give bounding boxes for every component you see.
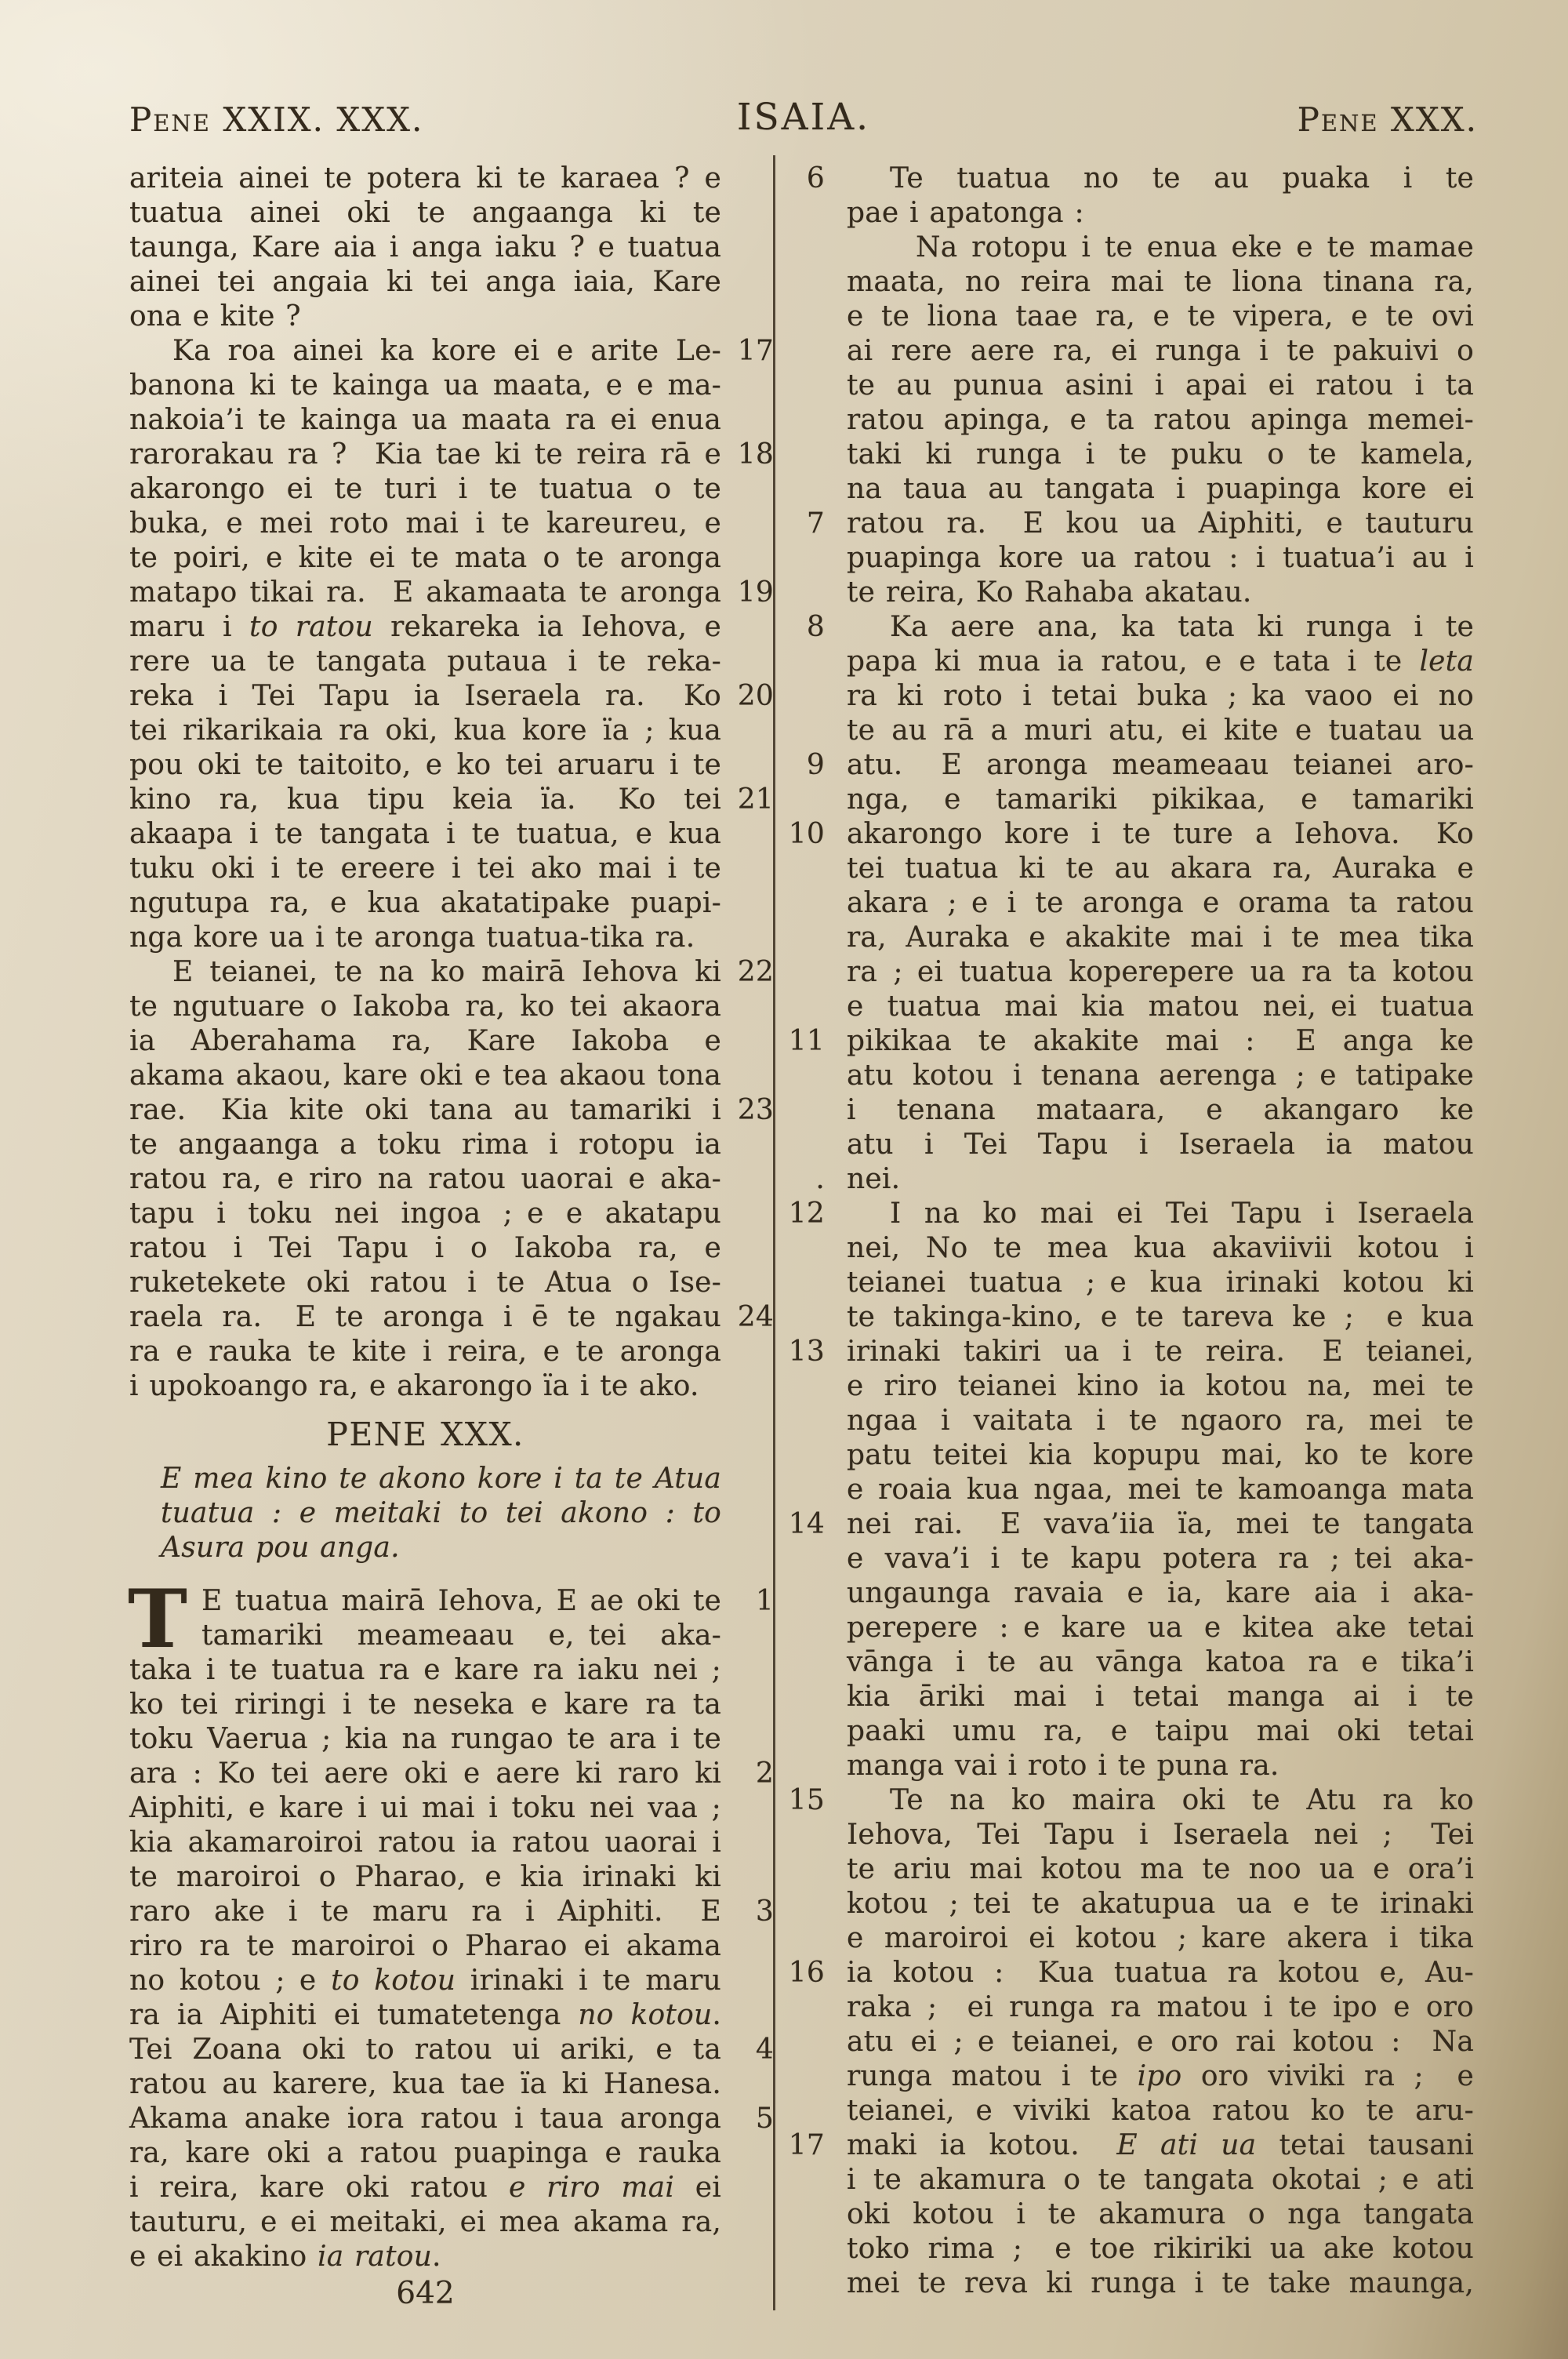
text-line: e maroiroi ei kotou ; kare akera i tika (847, 1921, 1474, 1956)
verse-number: 12 (776, 1197, 825, 1231)
text-line: riro ra te maroiroi o Pharao ei akama (129, 1929, 721, 1964)
text-line: 21kino ra, kua tipu keia ïa. Ko tei (129, 783, 721, 817)
text-line: ra ki roto i tetai buka ; ka vaoo ei no (847, 679, 1474, 714)
text-line: ra, Auraka e akakite mai i te mea tika (847, 921, 1474, 955)
text-line: tauturu, e ei meitaki, ei mea akama ra, (129, 2205, 721, 2240)
text-line: teianei, e viviki katoa ratou ko te aru- (847, 2094, 1474, 2128)
page-number: 642 (129, 2276, 721, 2311)
text-line: ngaa i vaitata i te ngaoro ra, mei te (847, 1404, 1474, 1438)
verse-number: 22 (728, 955, 774, 990)
text-line: 20reka i Tei Tapu ia Iseraela ra. Ko (129, 679, 721, 714)
verse-number: 8 (776, 610, 825, 645)
text-line: tuku oki i te ereere i tei ako mai i te (129, 852, 721, 886)
text-line: mei te reva ki runga i te take maunga, (847, 2266, 1474, 2301)
text-line: 16ia kotou : Kua tuatua ra kotou e, Au- (847, 1956, 1474, 1990)
verse-number: 1 (728, 1584, 774, 1619)
running-header: Pene XXIX. XXX. ISAIA. Pene XXX. (129, 96, 1478, 143)
text-line: ra ia Aiphiti ei tumatetenga no kotou. (129, 1998, 721, 2033)
text-line: banona ki te kainga ua maata, e e ma- (129, 369, 721, 403)
text-line: i te akamura o te tangata okotai ; e ati (847, 2163, 1474, 2197)
text-line: 1E tuatua mairā Iehova, E ae oki te (129, 1584, 721, 1619)
verse-number: 4 (728, 2033, 774, 2067)
text-line: 19matapo tikai ra. E akamaata te aronga (129, 576, 721, 610)
verse-number: 19 (728, 576, 774, 610)
chapter-heading: PENE XXX. (129, 1416, 721, 1452)
text-line: ra, kare oki a ratou puapinga e rauka (129, 2136, 721, 2171)
text-line: 4Tei Zoana oki to ratou ui ariki, e ta (129, 2033, 721, 2067)
text-line: 17Ka roa ainei ka kore ei e arite Le- (129, 334, 721, 369)
verse-number: 3 (728, 1895, 774, 1929)
verse-number: 15 (776, 1783, 825, 1818)
text-line: pou oki te taitoito, e ko tei aruaru i t… (129, 748, 721, 783)
text-line: 7ratou ra. E kou ua Aiphiti, e tauturu (847, 507, 1474, 541)
text-line: .nei. (847, 1162, 1474, 1197)
text-line: ratou i Tei Tapu i o Iakoba ra, e (129, 1231, 721, 1266)
text-line: ra e rauka te kite i reira, e te aronga (129, 1335, 721, 1369)
text-line: maru i to ratou rekareka ia Iehova, e (129, 610, 721, 645)
text-line: ia Aberahama ra, Kare Iakoba e (129, 1024, 721, 1059)
text-line: atu kotou i tenana aerenga ; e tatipake (847, 1059, 1474, 1093)
text-line: e ei akakino ia ratou. (129, 2240, 721, 2274)
text-line: 12I na ko mai ei Tei Tapu i Iseraela (847, 1197, 1474, 1231)
text-line: 24raela ra. E te aronga i ē te ngakau (129, 1300, 721, 1335)
text-line: kia āriki mai i tetai manga ai i te (847, 1680, 1474, 1714)
text-line: te au punua asini i apai ei ratou i ta (847, 369, 1474, 403)
verse-number: 18 (728, 438, 774, 472)
column-divider-rule (773, 155, 775, 2310)
text-line: 11pikikaa te akakite mai : E anga ke (847, 1024, 1474, 1059)
verse-number: 16 (776, 1956, 825, 1990)
verse-number: 7 (776, 507, 825, 541)
verse-number: 2 (728, 1757, 774, 1791)
verse-number: 17 (728, 334, 774, 369)
text-line: te maroiroi o Pharao, e kia irinaki ki (129, 1860, 721, 1895)
verse-number: 24 (728, 1300, 774, 1335)
text-line: ratou apinga, e ta ratou apinga memei- (847, 403, 1474, 438)
text-line: 5Akama anake iora ratou i taua aronga (129, 2102, 721, 2136)
text-line: te ngutuare o Iakoba ra, ko tei akaora (129, 990, 721, 1024)
text-line: Iehova, Tei Tapu i Iseraela nei ; Tei (847, 1818, 1474, 1852)
verse-number: 21 (728, 783, 774, 817)
left-column-chapter-opening: T 1E tuatua mairā Iehova, E ae oki tetam… (129, 1584, 721, 2274)
text-line: tapu i toku nei ingoa ; e e akatapu (129, 1197, 721, 1231)
text-line: puapinga kore ua ratou : i tuatua’i au i (847, 541, 1474, 576)
text-line: 9atu. E aronga meameaau teianei aro- (847, 748, 1474, 783)
text-line: ngutupa ra, e kua akatatipake puapi- (129, 886, 721, 921)
text-line: patu teitei kia kopupu mai, ko te kore (847, 1438, 1474, 1473)
text-line: ko tei riringi i te neseka e kare ra ta (129, 1688, 721, 1722)
text-line: i tenana mataara, e akangaro ke (847, 1093, 1474, 1128)
text-line: tei rikarikaia ra oki, kua kore ïa ; kua (129, 714, 721, 748)
text-line: ratou ra, e riro na ratou uaorai e aka- (129, 1162, 721, 1197)
text-line: teianei tuatua ; e kua irinaki kotou ki (847, 1266, 1474, 1300)
text-line: e tuatua mai kia matou nei, ei tuatua (847, 990, 1474, 1024)
verse-number: 13 (776, 1335, 825, 1369)
text-line: Asura pou anga. (129, 1531, 721, 1565)
text-line: 15Te na ko maira oki te Atu ra ko (847, 1783, 1474, 1818)
text-line: atu ei ; e teianei, e oro rai kotou : Na (847, 2025, 1474, 2059)
text-line: no kotou ; e to kotou irinaki i te maru (129, 1964, 721, 1998)
header-book-title: ISAIA. (129, 96, 1478, 139)
verse-number: 17 (776, 2128, 825, 2163)
text-line: ra ; ei tuatua koperepere ua ra ta kotou (847, 955, 1474, 990)
text-line: i reira, kare oki ratou e riro mai ei (129, 2171, 721, 2205)
text-line: 22E teianei, te na ko mairā Iehova ki (129, 955, 721, 990)
text-line: oki kotou i te akamura o nga tangata (847, 2197, 1474, 2232)
text-line: nakoia’i te kainga ua maata ra ei enua (129, 403, 721, 438)
text-line: 14nei rai. E vava’iia ïa, mei te tangata (847, 1507, 1474, 1542)
text-line: taunga, Kare aia i anga iaku ? e tuatua (129, 231, 721, 265)
text-line: kia akamaroiroi ratou ia ratou uaorai i (129, 1826, 721, 1860)
verse-number: . (776, 1162, 825, 1197)
text-line: kotou ; tei te akatupua ua e te irinaki (847, 1887, 1474, 1921)
verse-number: 14 (776, 1507, 825, 1542)
text-line: te angaanga a toku rima i rotopu ia (129, 1128, 721, 1162)
text-line: te au rā a muri atu, ei kite e tuatau ua (847, 714, 1474, 748)
text-line: te ariu mai kotou ma te noo ua e ora’i (847, 1852, 1474, 1887)
text-line: runga matou i te ipo oro viviki ra ; e (847, 2059, 1474, 2094)
text-line: 18rarorakau ra ? Kia tae ki te reira rā … (129, 438, 721, 472)
text-line: 10akarongo kore i te ture a Iehova. Ko (847, 817, 1474, 852)
text-line: akarongo ei te turi i te tuatua o te (129, 472, 721, 507)
verse-number: 11 (776, 1024, 825, 1059)
text-line: 13irinaki takiri ua i te reira. E teiane… (847, 1335, 1474, 1369)
text-line: tuatua : e meitaki to tei akono : to (129, 1496, 721, 1531)
scanned-book-page: Pene XXIX. XXX. ISAIA. Pene XXX. ariteia… (0, 0, 1568, 2359)
right-column: 6Te tuatua no te au puaka i tepae i apat… (847, 162, 1474, 2301)
text-line: maata, no reira mai te liona tinana ra, (847, 265, 1474, 300)
text-line: akaapa i te tangata i te tuatua, e kua (129, 817, 721, 852)
text-line: ona e kite ? (129, 300, 721, 334)
text-line: ai rere aere ra, ei runga i te pakuivi o (847, 334, 1474, 369)
text-line: E mea kino te akono kore i ta te Atua (129, 1462, 721, 1496)
left-column: ariteia ainei te potera ki te karaea ? e… (129, 162, 721, 2274)
text-line: akara ; e i te aronga e orama ta ratou (847, 886, 1474, 921)
text-line: te takinga-kino, e te tareva ke ; e kua (847, 1300, 1474, 1335)
verse-number: 23 (728, 1093, 774, 1128)
text-line: toku Vaerua ; kia na rungao te ara i te (129, 1722, 721, 1757)
text-line: 2ara : Ko tei aere oki e aere ki raro ki (129, 1757, 721, 1791)
text-line: atu i Tei Tapu i Iseraela ia matou (847, 1128, 1474, 1162)
text-line: taka i te tuatua ra e kare ra iaku nei ; (129, 1653, 721, 1688)
text-line: 23rae. Kia kite oki tana au tamariki i (129, 1093, 721, 1128)
text-line: tuatua ainei oki te angaanga ki te (129, 196, 721, 231)
text-line: ungaunga ravaia e ia, kare aia i aka- (847, 1576, 1474, 1611)
text-line: 17maki ia kotou. E ati ua tetai tausani (847, 2128, 1474, 2163)
text-line: Na rotopu i te enua eke e te mamae (847, 231, 1474, 265)
text-line: papa ki mua ia ratou, e e tata i te leta (847, 645, 1474, 679)
text-line: e te liona taae ra, e te vipera, e te ov… (847, 300, 1474, 334)
text-line: nga kore ua i te aronga tuatua-tika ra. (129, 921, 721, 955)
text-line: raka ; ei runga ra matou i te ipo e oro (847, 1990, 1474, 2025)
right-column-verses: 6Te tuatua no te au puaka i tepae i apat… (847, 162, 1474, 2301)
text-line: manga vai i roto i te puna ra. (847, 1749, 1474, 1783)
text-line: e riro teianei kino ia kotou na, mei te (847, 1369, 1474, 1404)
text-line: Aiphiti, e kare i ui mai i toku nei vaa … (129, 1791, 721, 1826)
text-line: akama akaou, kare oki e tea akaou tona (129, 1059, 721, 1093)
text-line: perepere : e kare ua e kitea ake tetai (847, 1611, 1474, 1645)
verse-number: 6 (776, 162, 825, 196)
text-line: te reira, Ko Rahaba akatau. (847, 576, 1474, 610)
text-line: nga, e tamariki pikikaa, e tamariki (847, 783, 1474, 817)
text-line: na taua au tangata i puapinga kore ei (847, 472, 1474, 507)
text-line: e roaia kua ngaa, mei te kamoanga mata (847, 1473, 1474, 1507)
text-line: ainei tei angaia ki tei anga iaia, Kare (129, 265, 721, 300)
verse-number: 20 (728, 679, 774, 714)
text-line: paaki umu ra, e taipu mai oki tetai (847, 1714, 1474, 1749)
text-line: i upokoango ra, e akarongo ïa i te ako. (129, 1369, 721, 1404)
text-line: pae i apatonga : (847, 196, 1474, 231)
verse-number: 10 (776, 817, 825, 852)
text-line: ariteia ainei te potera ki te karaea ? e (129, 162, 721, 196)
text-line: 3raro ake i te maru ra i Aiphiti. E (129, 1895, 721, 1929)
text-line: vānga i te au vānga katoa ra e tika’i (847, 1645, 1474, 1680)
verse-number: 5 (728, 2102, 774, 2136)
text-line: rere ua te tangata putaua i te reka- (129, 645, 721, 679)
text-line: 6Te tuatua no te au puaka i te (847, 162, 1474, 196)
text-line: toko rima ; e toe rikiriki ua ake kotou (847, 2232, 1474, 2266)
text-line: 8Ka aere ana, ka tata ki runga i te (847, 610, 1474, 645)
text-line: buka, e mei roto mai i te kareureu, e (129, 507, 721, 541)
text-line: tamariki meameaau e, tei aka- (129, 1619, 721, 1653)
text-line: ratou au karere, kua tae ïa ki Hanesa. (129, 2067, 721, 2102)
verse-number: 9 (776, 748, 825, 783)
text-line: tei tuatua ki te au akara ra, Auraka e (847, 852, 1474, 886)
text-line: e vava’i i te kapu potera ra ; tei aka- (847, 1542, 1474, 1576)
text-line: ruketekete oki ratou i te Atua o Ise- (129, 1266, 721, 1300)
text-line: nei, No te mea kua akaviivii kotou i (847, 1231, 1474, 1266)
text-line: te poiri, e kite ei te mata o te aronga (129, 541, 721, 576)
chapter-summary: E mea kino te akono kore i ta te Atuatua… (129, 1462, 721, 1565)
text-line: taki ki runga i te puku o te kamela, (847, 438, 1474, 472)
left-column-verses: ariteia ainei te potera ki te karaea ? e… (129, 162, 721, 1404)
header-chapter-range-right: Pene XXX. (1298, 100, 1478, 139)
